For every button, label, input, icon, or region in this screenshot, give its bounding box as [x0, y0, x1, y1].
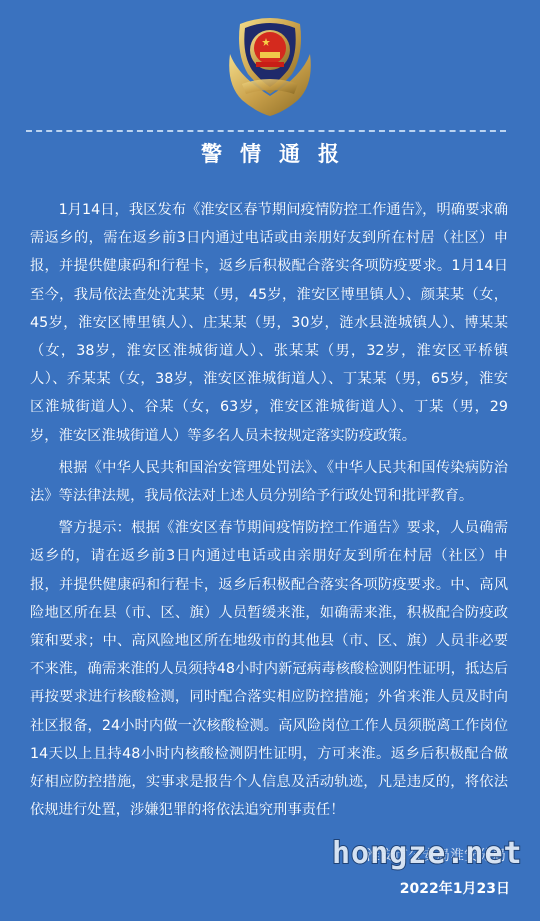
police-emblem-icon: [222, 14, 318, 118]
watermark: hongze.net: [332, 836, 523, 871]
notice-body: 1月14日，我区发布《淮安区春节期间疫情防控工作通告》，明确要求确需返乡的，需在…: [30, 196, 508, 828]
paragraph-penalty: 根据《中华人民共和国治安管理处罚法》、《中华人民共和国传染病防治法》等法律法规，…: [30, 454, 508, 510]
page-title: 警情通报: [0, 138, 540, 168]
paragraph-police-reminder: 警方提示：根据《淮安区春节期间疫情防控工作通告》要求，人员确需返乡的，请在返乡前…: [30, 514, 508, 824]
issue-date: 2022年1月23日: [400, 878, 510, 898]
paragraph-incident: 1月14日，我区发布《淮安区春节期间疫情防控工作通告》，明确要求确需返乡的，需在…: [30, 196, 508, 450]
dashed-divider: [26, 130, 506, 132]
